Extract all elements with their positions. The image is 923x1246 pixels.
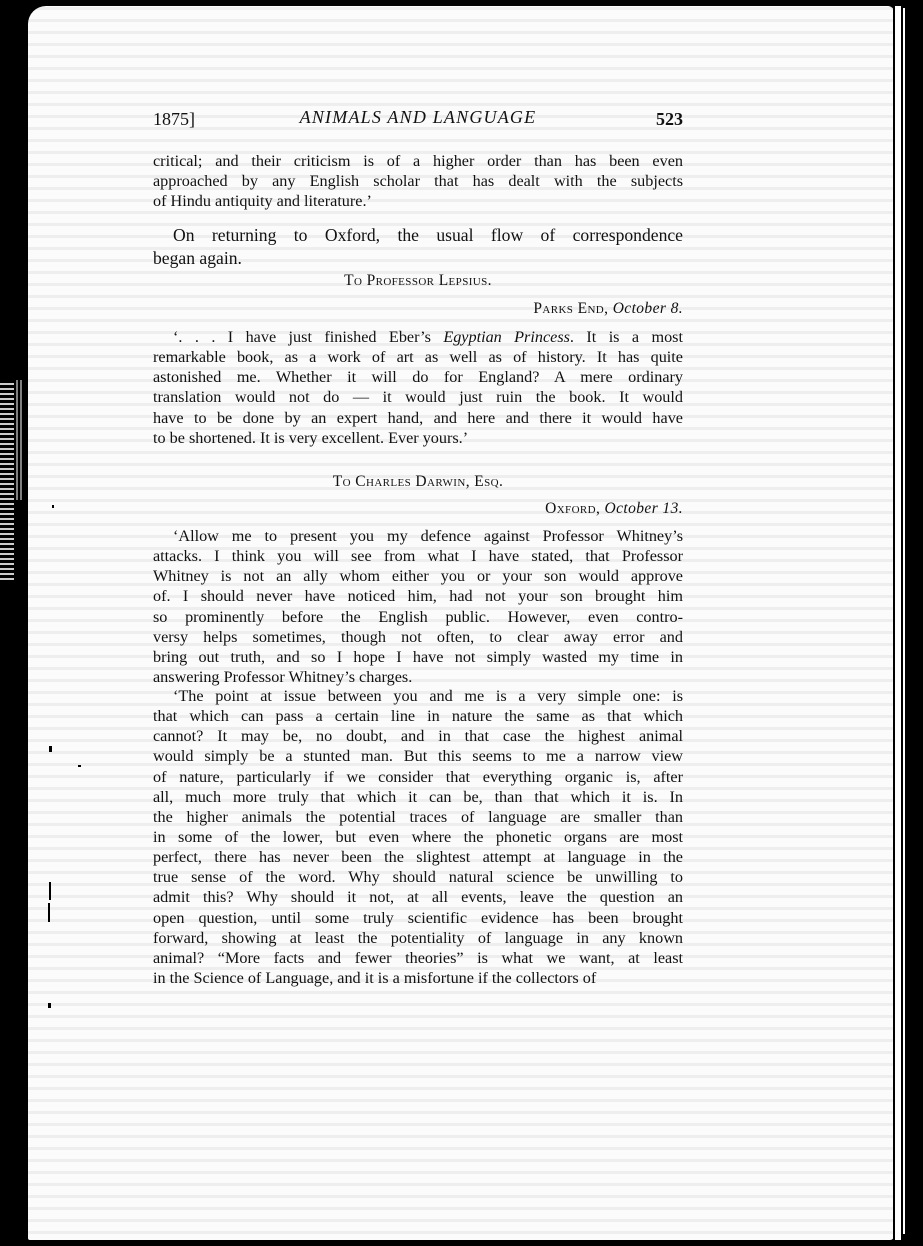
narrative-paragraph: On returning to Oxford, the usual flow o… <box>153 224 683 270</box>
scan-mark <box>49 882 51 900</box>
text-line: began again. <box>153 247 683 270</box>
scan-speck <box>78 765 81 767</box>
text-line: of. I should never have noticed him, had… <box>153 586 683 606</box>
letter-date: October 8. <box>613 300 683 317</box>
text-line: admit this? Why should it not, at all ev… <box>153 887 683 907</box>
text-line: answering Professor Whitney’s charges. <box>153 667 683 687</box>
text-line: ‘Allow me to present you my defence agai… <box>153 526 683 546</box>
header-title: ANIMALS AND LANGUAGE <box>153 107 683 128</box>
text-line: the higher animals the potential traces … <box>153 807 683 827</box>
text-line: translation would not do — it would just… <box>153 387 683 407</box>
letter-addressee: To Charles Darwin, Esq. <box>153 473 683 491</box>
text-line: attacks. I think you will see from what … <box>153 546 683 566</box>
text-line: bring out truth, and so I hope I have no… <box>153 647 683 667</box>
text-line: versy helps sometimes, though not often,… <box>153 627 683 647</box>
scan-speck <box>49 746 52 752</box>
text-line: approached by any English scholar that h… <box>153 171 683 191</box>
text-line: have to be done by an expert hand, and h… <box>153 408 683 428</box>
page-edge-inner <box>903 8 905 1234</box>
scan-speck <box>52 505 54 508</box>
scan-mark <box>48 903 50 922</box>
text-line: animal? “More facts and fewer theories” … <box>153 948 683 968</box>
text-line: in the Science of Language, and it is a … <box>153 968 683 988</box>
text-line: so prominently before the English public… <box>153 607 683 627</box>
scan-noise <box>0 380 14 580</box>
letter-body: ‘. . . I have just finished Eber’s Egypt… <box>153 327 683 448</box>
continuation-paragraph: critical; and their criticism is of a hi… <box>153 151 683 211</box>
text-line: to be shortened. It is very excellent. E… <box>153 428 683 448</box>
text-line: ‘The point at issue between you and me i… <box>153 686 683 706</box>
text-line: forward, showing at least the potentiali… <box>153 928 683 948</box>
text-line: all, much more truly that which it can b… <box>153 787 683 807</box>
text-line: On returning to Oxford, the usual flow o… <box>153 224 683 247</box>
letter-paragraph: ‘The point at issue between you and me i… <box>153 686 683 988</box>
scan-speck <box>48 1003 51 1008</box>
letter-dateline: Oxford, October 13. <box>545 500 683 518</box>
text-line: in some of the lower, but even where the… <box>153 827 683 847</box>
text-line: open question, until some truly scientif… <box>153 908 683 928</box>
letter-place: Parks End, <box>533 300 608 317</box>
running-header: 1875] ANIMALS AND LANGUAGE 523 <box>153 107 683 131</box>
text-line: critical; and their criticism is of a hi… <box>153 151 683 171</box>
page-number: 523 <box>656 109 683 130</box>
text-line: cannot? It may be, no doubt, and in that… <box>153 726 683 746</box>
letter-addressee: To Professor Lepsius. <box>153 272 683 290</box>
letter-date: October 13. <box>605 500 683 517</box>
text-line: of Hindu antiquity and literature.’ <box>153 191 683 211</box>
text-line: true sense of the word. Why should natur… <box>153 867 683 887</box>
letter-paragraph: ‘Allow me to present you my defence agai… <box>153 526 683 687</box>
book-title: Egyptian Princess <box>443 328 570 346</box>
text-line: ‘. . . I have just finished Eber’s Egypt… <box>153 327 683 347</box>
text-line: Whitney is not an ally whom either you o… <box>153 566 683 586</box>
page-edge <box>893 6 901 1240</box>
text-line: would simply be a stunted man. But this … <box>153 746 683 766</box>
text-line: of nature, particularly if we consider t… <box>153 767 683 787</box>
scan-noise <box>14 380 22 500</box>
text-line: remarkable book, as a work of art as wel… <box>153 347 683 367</box>
letter-place: Oxford, <box>545 500 600 517</box>
letter-dateline: Parks End, October 8. <box>533 300 683 318</box>
text-line: that which can pass a certain line in na… <box>153 706 683 726</box>
text-line: perfect, there has never been the slight… <box>153 847 683 867</box>
text-line: astonished me. Whether it will do for En… <box>153 367 683 387</box>
